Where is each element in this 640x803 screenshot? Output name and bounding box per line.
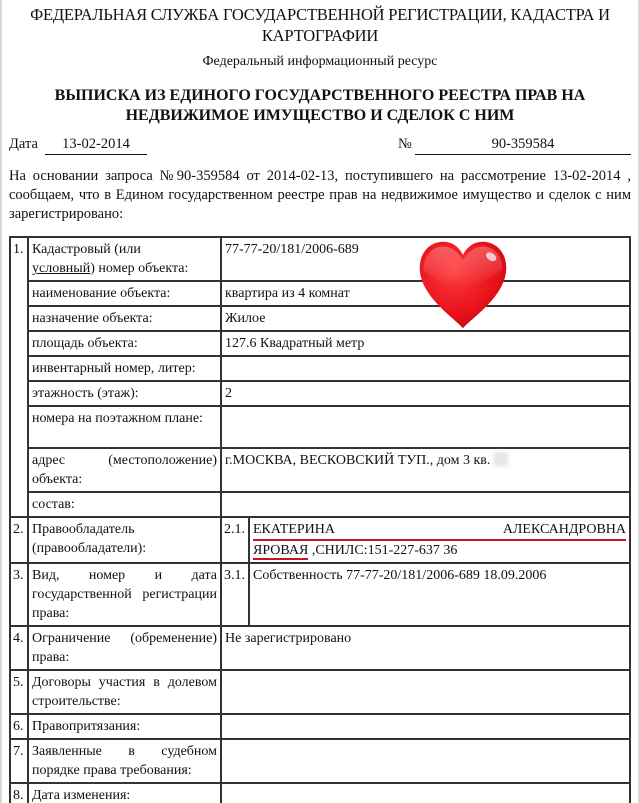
row-label: назначение объекта: — [28, 306, 221, 331]
row-value — [221, 406, 630, 448]
row-label: Дата изменения: — [28, 783, 221, 803]
row-value — [221, 739, 630, 783]
label-part: ) номер объекта: — [90, 261, 188, 276]
row-label: Договоры участия в долевом строительстве… — [28, 670, 221, 714]
address-value: г.МОСКВА, ВЕСКОВСКИЙ ТУП., дом 3 кв. — [225, 453, 490, 468]
row-number: 3. — [10, 563, 28, 626]
sub-number: 3.1. — [221, 563, 249, 626]
row-value — [221, 670, 630, 714]
owner-snils: ,СНИЛС:151-227-637 36 — [308, 543, 457, 558]
date-label: Дата — [9, 136, 38, 153]
table-row: номера на поэтажном плане: — [10, 406, 630, 448]
document-title: ВЫПИСКА ИЗ ЕДИНОГО ГОСУДАРСТВЕННОГО РЕЕС… — [0, 86, 640, 126]
row-label: наименование объекта: — [28, 281, 221, 306]
row-value: 2 — [221, 381, 630, 406]
organization-name: ФЕДЕРАЛЬНАЯ СЛУЖБА ГОСУДАРСТВЕННОЙ РЕГИС… — [0, 4, 640, 46]
row-label: Вид, номер и дата государственной регист… — [28, 563, 221, 626]
row-number: 7. — [10, 739, 28, 783]
row-label: Ограничение (обременение) права: — [28, 626, 221, 670]
owner-value: ЕКАТЕРИНА АЛЕКСАНДРОВНА ЯРОВАЯ ,СНИЛС:15… — [249, 517, 630, 563]
row-number: 4. — [10, 626, 28, 670]
row-label: Правообладатель (правообладатели): — [28, 517, 221, 563]
table-row: 1. Кадастровый (илиусловный) номер объек… — [10, 237, 630, 281]
row-value — [221, 356, 630, 381]
row-label: площадь объекта: — [28, 331, 221, 356]
table-row: адрес (местоположение) объекта: г.МОСКВА… — [10, 448, 630, 492]
row-label: номера на поэтажном плане: — [28, 406, 221, 448]
row-label: Кадастровый (илиусловный) номер объекта: — [28, 237, 221, 281]
row-label: инвентарный номер, литер: — [28, 356, 221, 381]
row-value: 127.6 Квадратный метр — [221, 331, 630, 356]
heart-icon — [415, 238, 511, 332]
table-row: 8. Дата изменения: — [10, 783, 630, 803]
label-underlined: условный — [32, 261, 90, 276]
row-label: состав: — [28, 492, 221, 517]
date-value: 13-02-2014 — [45, 136, 147, 155]
table-row: этажность (этаж): 2 — [10, 381, 630, 406]
row-value — [221, 714, 630, 739]
row-label: Заявленные в судебном порядке права треб… — [28, 739, 221, 783]
intro-paragraph: На основании запроса №90-359584 от 2014-… — [9, 167, 631, 224]
row-number: 1. — [10, 237, 28, 517]
row-label: этажность (этаж): — [28, 381, 221, 406]
row-number: 5. — [10, 670, 28, 714]
row-value: г.МОСКВА, ВЕСКОВСКИЙ ТУП., дом 3 кв. — [221, 448, 630, 492]
row-label: адрес (местоположение) объекта: — [28, 448, 221, 492]
owner-name-line: ЕКАТЕРИНА АЛЕКСАНДРОВНА — [253, 520, 626, 541]
resource-subtitle: Федеральный информационный ресурс — [0, 54, 640, 70]
row-value: Не зарегистрировано — [221, 626, 630, 670]
owner-surname: ЯРОВАЯ — [253, 543, 308, 560]
number-label: № — [398, 136, 412, 153]
row-label: Правопритязания: — [28, 714, 221, 739]
row-value — [221, 492, 630, 517]
table-row: инвентарный номер, литер: — [10, 356, 630, 381]
row-number: 8. — [10, 783, 28, 803]
number-value: 90-359584 — [415, 136, 631, 155]
date-number-row: Дата 13-02-2014 № 90-359584 — [9, 134, 631, 156]
table-row: наименование объекта: квартира из 4 комн… — [10, 281, 630, 306]
table-row: 4. Ограничение (обременение) права: Не з… — [10, 626, 630, 670]
sub-number: 2.1. — [221, 517, 249, 563]
label-part: Кадастровый (или — [32, 240, 141, 259]
owner-first-name: ЕКАТЕРИНА — [253, 520, 335, 539]
table-row: состав: — [10, 492, 630, 517]
row-number: 6. — [10, 714, 28, 739]
owner-patronymic: АЛЕКСАНДРОВНА — [503, 520, 626, 539]
registry-table: 1. Кадастровый (илиусловный) номер объек… — [9, 236, 631, 803]
redacted-apartment-number — [494, 452, 508, 466]
table-row: 7. Заявленные в судебном порядке права т… — [10, 739, 630, 783]
table-row: назначение объекта: Жилое — [10, 306, 630, 331]
row-value: Собственность 77-77-20/181/2006-689 18.0… — [249, 563, 630, 626]
row-value — [221, 783, 630, 803]
row-number: 2. — [10, 517, 28, 563]
table-row: 5. Договоры участия в долевом строительс… — [10, 670, 630, 714]
table-row: площадь объекта: 127.6 Квадратный метр — [10, 331, 630, 356]
table-row: 2. Правообладатель (правообладатели): 2.… — [10, 517, 630, 563]
table-row: 6. Правопритязания: — [10, 714, 630, 739]
table-row: 3. Вид, номер и дата государственной рег… — [10, 563, 630, 626]
